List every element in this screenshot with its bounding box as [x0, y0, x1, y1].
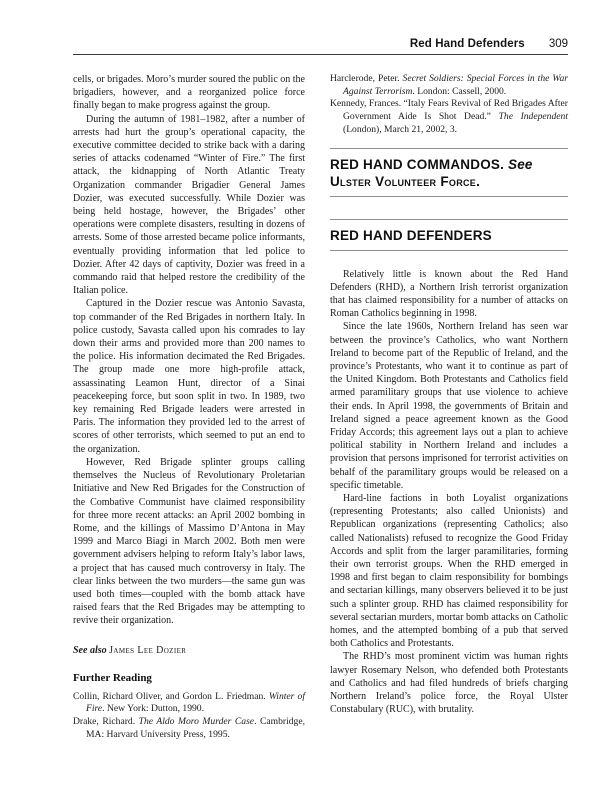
paragraph: The RHD’s most prominent victim was huma… [330, 650, 568, 716]
paragraph: However, Red Brigade splinter groups cal… [73, 456, 305, 628]
paragraph: Captured in the Dozier rescue was Antoni… [73, 297, 305, 455]
entry-heading: RED HAND DEFENDERS [330, 227, 568, 244]
paragraph: Hard-line factions in both Loyalist orga… [330, 492, 568, 650]
page-number: 309 [549, 38, 568, 50]
citation-author-text: Collin, Richard Oliver, and Gordon L. Fr… [73, 691, 269, 702]
citation-detail-text: . New York: Dutton, 1990. [102, 703, 204, 714]
cross-reference-heading: RED HAND COMMANDOS. SeeUlster Volunteer … [330, 156, 568, 190]
running-header-title: Red Hand Defenders [410, 38, 525, 50]
citation: Kennedy, Frances. “Italy Fears Revival o… [330, 98, 568, 136]
cross-reference-title: RED HAND COMMANDOS. [330, 157, 508, 172]
citation: Harclerode, Peter. Secret Soldiers: Spec… [330, 73, 568, 98]
paragraph: Since the late 1960s, Northern Ireland h… [330, 320, 568, 492]
citation-author-text: Harclerode, Peter. [330, 73, 403, 84]
further-reading-heading: Further Reading [73, 672, 305, 684]
see-also-line: See also James Lee Dozier [73, 645, 305, 656]
paragraph: cells, or brigades. Moro’s murder soured… [73, 73, 305, 113]
citation: Collin, Richard Oliver, and Gordon L. Fr… [73, 691, 305, 716]
book-page: Red Hand Defenders 309 cells, or brigade… [0, 0, 614, 800]
right-column: Harclerode, Peter. Secret Soldiers: Spec… [330, 73, 568, 741]
left-column: cells, or brigades. Moro’s murder soured… [73, 73, 305, 741]
citation-detail-text: . London: Cassell, 2000. [412, 86, 506, 97]
see-label: See [508, 157, 533, 172]
entry-heading-block: RED HAND DEFENDERS [330, 219, 568, 251]
running-header: Red Hand Defenders 309 [73, 38, 568, 50]
paragraph: During the autumn of 1981–1982, after a … [73, 113, 305, 298]
cross-reference-target: Ulster Volunteer Force. [330, 174, 480, 189]
header-rule [73, 54, 568, 55]
citation-author-text: Drake, Richard. [73, 716, 139, 727]
cross-reference-entry: RED HAND COMMANDOS. SeeUlster Volunteer … [330, 148, 568, 197]
citation-title-italic: The Aldo Moro Murder Case [139, 716, 254, 727]
citation: Drake, Richard. The Aldo Moro Murder Cas… [73, 716, 305, 741]
citation-detail-text: (London), March 21, 2002, 3. [343, 124, 457, 135]
see-also-label: See also [73, 645, 109, 656]
see-also-reference: James Lee Dozier [109, 645, 186, 656]
two-column-layout: cells, or brigades. Moro’s murder soured… [73, 73, 568, 741]
citation-title-italic: The Independent [499, 111, 568, 122]
paragraph: Relatively little is known about the Red… [330, 268, 568, 321]
